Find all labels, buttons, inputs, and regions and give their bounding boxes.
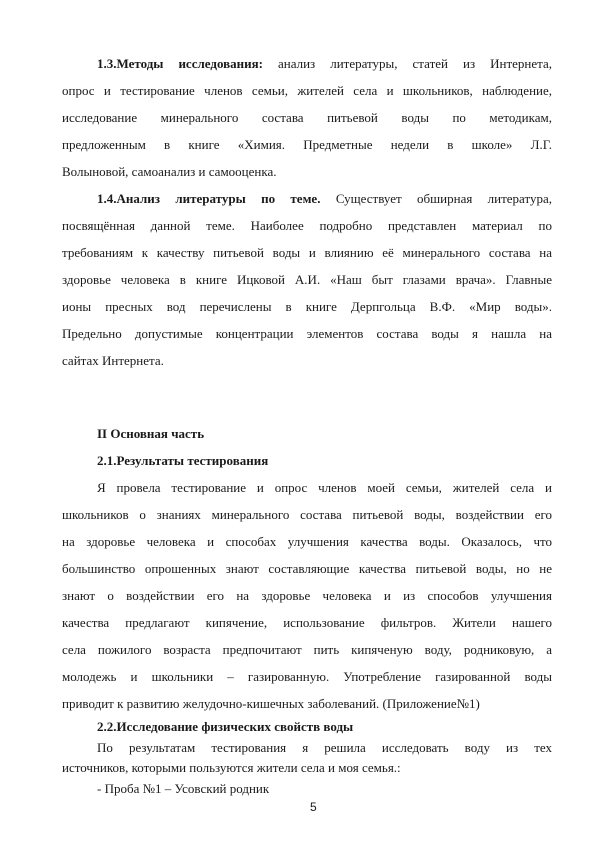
- text-line: молодежь и школьники – газированную. Упо…: [62, 663, 552, 690]
- text-line: 1.4.Анализ литературы по теме. Существуе…: [62, 185, 552, 212]
- paragraph-testing-results: Я провела тестирование и опрос членов мо…: [62, 474, 552, 717]
- text-line: По результатам тестирования я решила исс…: [62, 738, 552, 759]
- text-line: села пожилого возраста предпочитают пить…: [62, 636, 552, 663]
- text-line: здоровье человека в книге Ицковой А.И. «…: [62, 266, 552, 293]
- text-line: опрос и тестирование членов семьи, жител…: [62, 77, 552, 104]
- document-page: 1.3.Методы исследования: анализ литерату…: [0, 0, 595, 842]
- text-line: качества предлагают кипячение, использов…: [62, 609, 552, 636]
- text-line: посвящённая данной теме. Наиболее подроб…: [62, 212, 552, 239]
- subsection-heading-physical-properties: 2.2.Исследование физических свойств воды: [62, 717, 552, 738]
- text-line: ионы пресных вод перечислены в книге Дер…: [62, 293, 552, 320]
- paragraph-lead-rest: анализ литературы, статей из Интернета,: [278, 56, 552, 71]
- text-line: Волыновой, самоанализ и самооценка.: [62, 158, 552, 185]
- bottom-section: 2.2.Исследование физических свойств воды…: [62, 717, 552, 799]
- section-gap: [62, 374, 552, 420]
- text-line: школьников о знаниях минерального состав…: [62, 501, 552, 528]
- paragraph-lead-bold: 1.4.Анализ литературы по теме.: [97, 191, 320, 206]
- text-line: Я провела тестирование и опрос членов мо…: [62, 474, 552, 501]
- paragraph-lead-bold: 1.3.Методы исследования:: [97, 56, 263, 71]
- paragraph-methods: 1.3.Методы исследования: анализ литерату…: [62, 50, 552, 185]
- text-line: сайтах Интернета.: [62, 347, 552, 374]
- text-line: предложенным в книге «Химия. Предметные …: [62, 131, 552, 158]
- text-line: источников, которыми пользуются жители с…: [62, 758, 552, 779]
- paragraph-water-sources: По результатам тестирования я решила исс…: [62, 738, 552, 779]
- text-line: на здоровье человека и способах улучшени…: [62, 528, 552, 555]
- text-line: большинство опрошенных знают составляющи…: [62, 555, 552, 582]
- section-heading-main-part: II Основная часть: [62, 420, 552, 447]
- page-number: 5: [310, 800, 317, 814]
- text-line: приводит к развитию желудочно-кишечных з…: [62, 690, 552, 717]
- text-line: 1.3.Методы исследования: анализ литерату…: [62, 50, 552, 77]
- text-line: исследование минерального состава питьев…: [62, 104, 552, 131]
- text-line: требованиям к качеству питьевой воды и в…: [62, 239, 552, 266]
- paragraph-literature-analysis: 1.4.Анализ литературы по теме. Существуе…: [62, 185, 552, 374]
- subsection-heading-testing-results: 2.1.Результаты тестирования: [62, 447, 552, 474]
- text-line: знают о воздействии его на здоровье чело…: [62, 582, 552, 609]
- list-item-sample-1: - Проба №1 – Усовский родник: [62, 779, 552, 800]
- paragraph-lead-rest: Существует обширная литература,: [336, 191, 552, 206]
- text-line: Предельно допустимые концентрации элемен…: [62, 320, 552, 347]
